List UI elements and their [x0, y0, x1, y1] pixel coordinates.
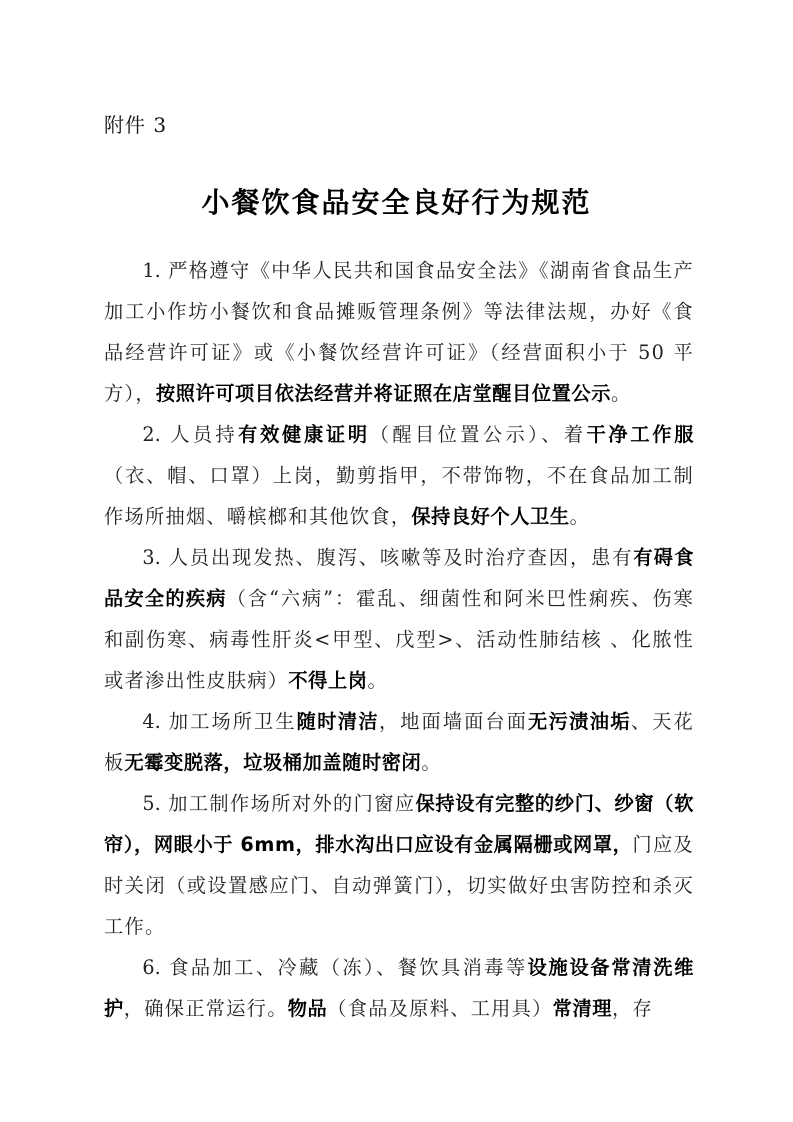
text: 加工场所卫生 [161, 710, 297, 733]
attachment-label: 附件 3 [104, 109, 167, 138]
bold-text: 无霉变脱落，垃圾桶加盖随时密闭 [125, 751, 422, 774]
text: （食品及原料、工用具） [327, 997, 552, 1020]
paragraph-1: 1. 严格遵守《中华人民共和国食品安全法》《湖南省食品生产加工小作坊小餐饮和食品… [104, 250, 694, 414]
text: 。 [421, 751, 442, 774]
bold-text: 常清理 [553, 997, 612, 1020]
bold-text: 不得上岗 [288, 669, 367, 692]
paragraph-2: 2. 人员持有效健康证明（醒目位置公示）、着干净工作服（衣、帽、口罩）上岗，勤剪… [104, 414, 694, 537]
text: ，确保正常运行。 [124, 997, 288, 1020]
text: ，存 [612, 997, 653, 1020]
bold-text: 有效健康证明 [238, 423, 370, 446]
document-page: 附件 3 小餐饮食品安全良好行为规范 1. 严格遵守《中华人民共和国食品安全法》… [0, 0, 793, 1122]
text: 。 [611, 382, 632, 405]
paragraph-6: 6. 食品加工、冷藏（冻）、餐饮具消毒等设施设备常清洗维护，确保正常运行。物品（… [104, 947, 694, 1029]
bold-text: 物品 [288, 997, 328, 1020]
paragraph-4: 4. 加工场所卫生随时清洁，地面墙面台面无污渍油垢、天花板无霉变脱落，垃圾桶加盖… [104, 701, 694, 783]
text: （衣、帽、口罩）上岗，勤剪指甲，不带饰物，不在食品加工制作场所抽烟、嚼槟榔和其他… [104, 464, 694, 528]
paragraph-number: 4. [142, 710, 160, 733]
text: 人员出现发热、腹泻、咳嗽等及时治疗查因，患有 [161, 546, 634, 569]
text: 加工制作场所对外的门窗应 [161, 792, 416, 815]
text: （醒目位置公示）、着 [370, 423, 587, 446]
paragraph-number: 5. [142, 792, 160, 815]
bold-text: 保持良好个人卫生 [411, 505, 569, 528]
bold-text: 随时清洁 [297, 710, 379, 733]
bold-text: 按照许可项目依法经营并将证照在店堂醒目位置公示 [156, 382, 611, 405]
paragraph-3: 3. 人员出现发热、腹泻、咳嗽等及时治疗查因，患有有碍食品安全的疾病（含“六病”… [104, 537, 694, 701]
paragraph-number: 1. [142, 259, 160, 282]
text: 。 [570, 505, 591, 528]
text: 食品加工、冷藏（冻）、餐饮具消毒等 [161, 956, 528, 979]
document-title: 小餐饮食品安全良好行为规范 [0, 181, 793, 221]
paragraph-number: 2. [142, 423, 160, 446]
paragraph-number: 3. [142, 546, 160, 569]
text: 人员持 [161, 423, 238, 446]
text: 。 [368, 669, 389, 692]
paragraph-number: 6. [142, 956, 160, 979]
document-body: 1. 严格遵守《中华人民共和国食品安全法》《湖南省食品生产加工小作坊小餐饮和食品… [104, 250, 694, 1029]
paragraph-5: 5. 加工制作场所对外的门窗应保持设有完整的纱门、纱窗（软帘），网眼小于 6mm… [104, 783, 694, 947]
bold-text: 干净工作服 [586, 423, 694, 446]
bold-text: 无污渍油垢 [528, 710, 631, 733]
text: ，地面墙面台面 [379, 710, 528, 733]
